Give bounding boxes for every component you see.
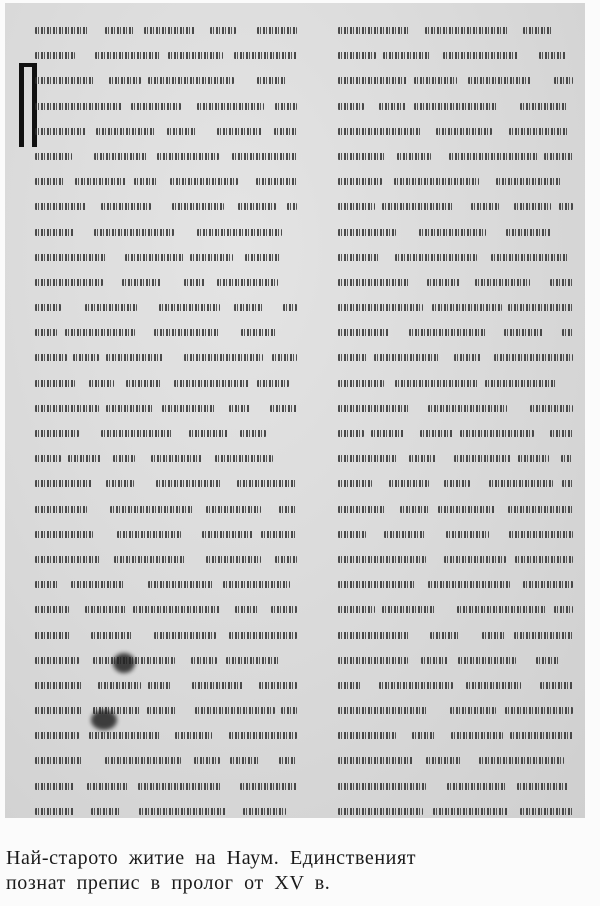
manuscript-photo xyxy=(5,3,585,818)
manuscript-line xyxy=(35,273,297,298)
manuscript-line xyxy=(338,147,573,172)
manuscript-line xyxy=(35,223,297,248)
caption-line-1: Най-старото житие на Наум. Единственият xyxy=(6,846,596,871)
manuscript-line xyxy=(338,676,573,701)
manuscript-line xyxy=(35,802,297,827)
manuscript-line xyxy=(35,46,297,71)
manuscript-line xyxy=(338,273,573,298)
manuscript-line xyxy=(35,751,297,776)
manuscript-line xyxy=(35,298,297,323)
manuscript-line xyxy=(338,21,573,46)
manuscript-line xyxy=(35,701,297,726)
manuscript-line xyxy=(338,424,573,449)
manuscript-line xyxy=(338,726,573,751)
manuscript-line xyxy=(35,600,297,625)
manuscript-line xyxy=(35,676,297,701)
manuscript-line xyxy=(338,122,573,147)
manuscript-line xyxy=(35,500,297,525)
manuscript-line xyxy=(35,197,297,222)
manuscript-line xyxy=(338,500,573,525)
manuscript-line xyxy=(338,550,573,575)
manuscript-line xyxy=(35,21,297,46)
manuscript-line xyxy=(35,424,297,449)
manuscript-line xyxy=(35,248,297,273)
manuscript-line xyxy=(35,474,297,499)
manuscript-line xyxy=(338,348,573,373)
manuscript-line xyxy=(35,71,297,96)
manuscript-line xyxy=(35,147,297,172)
manuscript-line xyxy=(338,399,573,424)
manuscript-line xyxy=(35,122,297,147)
manuscript-line xyxy=(338,323,573,348)
ink-blot xyxy=(91,710,117,730)
manuscript-line xyxy=(338,374,573,399)
manuscript-line xyxy=(35,323,297,348)
manuscript-line xyxy=(338,97,573,122)
manuscript-line xyxy=(35,777,297,802)
manuscript-line xyxy=(35,651,297,676)
figure-caption: Най-старото житие на Наум. Единственият … xyxy=(6,846,596,896)
manuscript-line xyxy=(338,298,573,323)
manuscript-line xyxy=(338,172,573,197)
manuscript-line xyxy=(338,525,573,550)
manuscript-line xyxy=(35,449,297,474)
manuscript-line xyxy=(338,474,573,499)
manuscript-line xyxy=(338,575,573,600)
manuscript-line xyxy=(338,449,573,474)
manuscript-line xyxy=(35,374,297,399)
manuscript-line xyxy=(338,626,573,651)
right-text-column xyxy=(338,21,573,827)
manuscript-line xyxy=(338,600,573,625)
caption-line-2: познат препис в пролог от XV в. xyxy=(6,871,596,896)
manuscript-line xyxy=(35,550,297,575)
manuscript-line xyxy=(338,223,573,248)
manuscript-line xyxy=(338,651,573,676)
manuscript-line xyxy=(35,399,297,424)
manuscript-line xyxy=(35,525,297,550)
manuscript-line xyxy=(338,197,573,222)
manuscript-line xyxy=(338,701,573,726)
manuscript-line xyxy=(35,172,297,197)
ink-blot xyxy=(113,653,135,673)
manuscript-line xyxy=(338,46,573,71)
left-text-column xyxy=(35,21,297,827)
manuscript-line xyxy=(35,348,297,373)
manuscript-line xyxy=(338,777,573,802)
manuscript-line xyxy=(35,97,297,122)
manuscript-line xyxy=(35,575,297,600)
manuscript-line xyxy=(35,626,297,651)
manuscript-line xyxy=(338,248,573,273)
manuscript-line xyxy=(338,802,573,827)
manuscript-line xyxy=(35,726,297,751)
manuscript-line xyxy=(338,751,573,776)
manuscript-line xyxy=(338,71,573,96)
